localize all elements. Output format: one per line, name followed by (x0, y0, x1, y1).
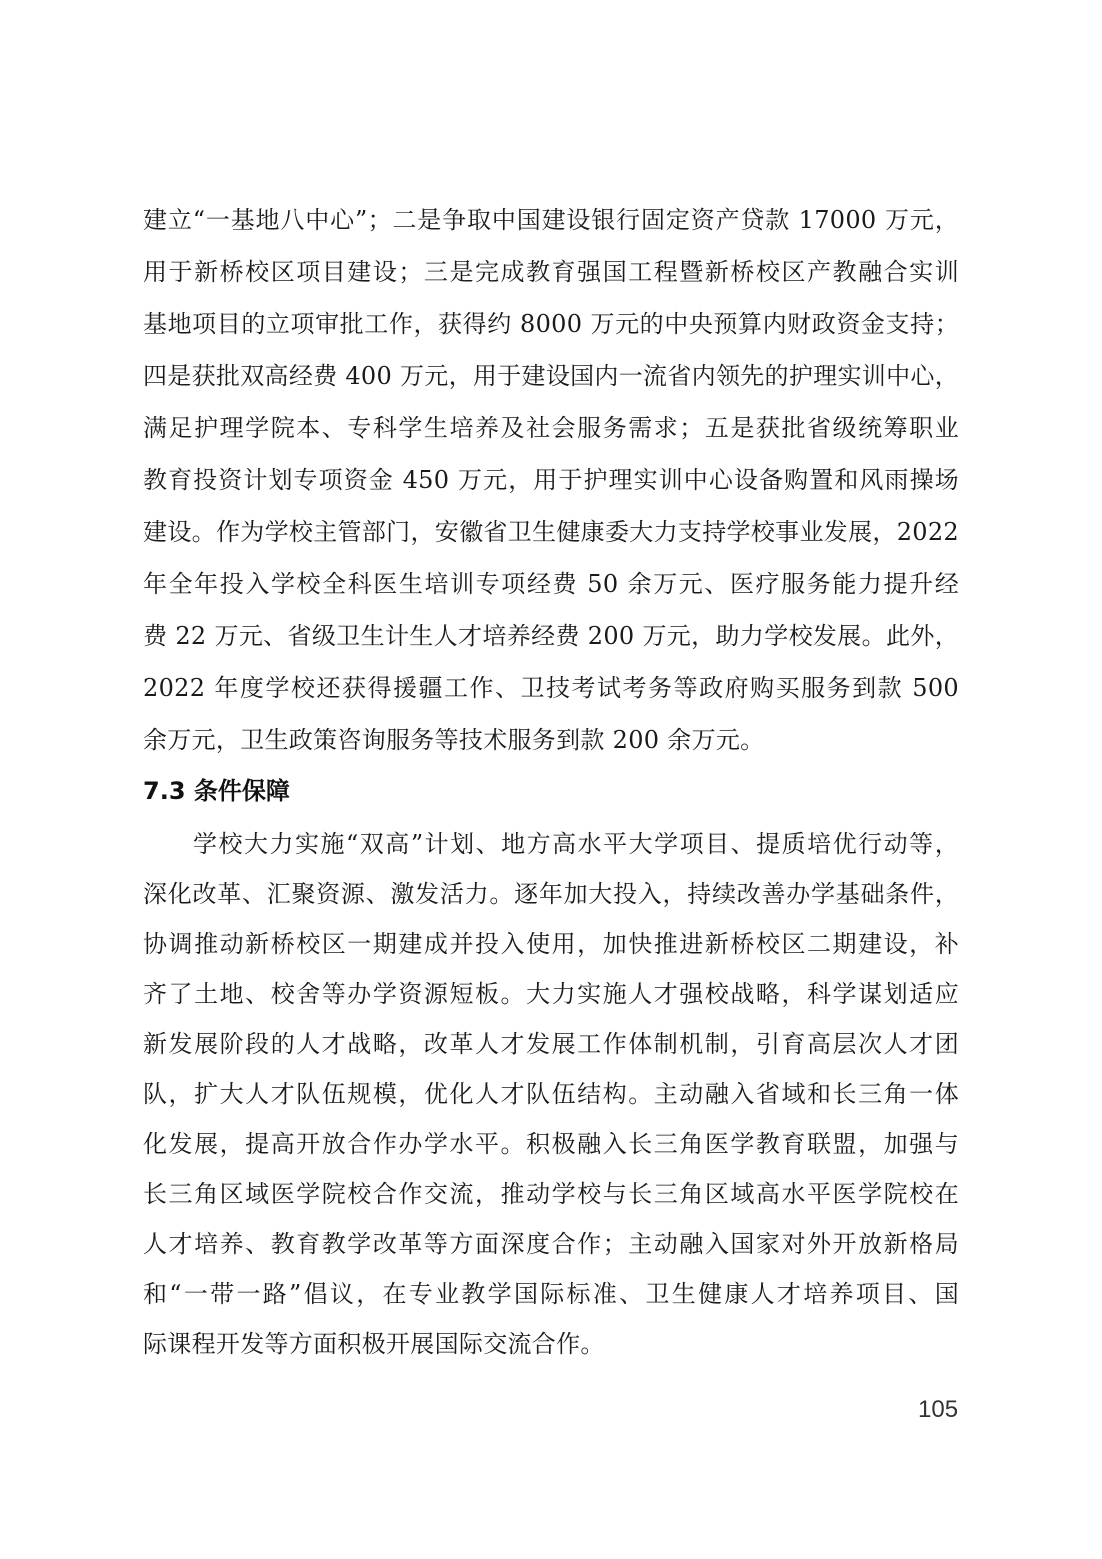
text-line: 2022 年度学校还获得援疆工作、卫技考试考务等政府购买服务到款 500 (143, 673, 959, 703)
text-line: 长三角区域医学院校合作交流，推动学校与长三角区域高水平医学院校在 (143, 1179, 959, 1209)
text-line: 费 22 万元、省级卫生计生人才培养经费 200 万元，助力学校发展。此外， (143, 621, 959, 651)
text-line: 队，扩大人才队伍规模，优化人才队伍结构。主动融入省域和长三角一体 (143, 1079, 959, 1109)
text-line: 用于新桥校区项目建设；三是完成教育强国工程暨新桥校区产教融合实训 (143, 257, 959, 287)
text-line: 四是获批双高经费 400 万元，用于建设国内一流省内领先的护理实训中心， (143, 361, 959, 391)
section-heading: 7.3 条件保障 (143, 776, 290, 806)
text-line: 新发展阶段的人才战略，改革人才发展工作体制机制，引育高层次人才团 (143, 1029, 959, 1059)
text-line: 人才培养、教育教学改革等方面深度合作；主动融入国家对外开放新格局 (143, 1229, 959, 1259)
text-line: 余万元，卫生政策咨询服务等技术服务到款 200 余万元。 (143, 725, 959, 755)
text-line: 满足护理学院本、专科学生培养及社会服务需求；五是获批省级统筹职业 (143, 413, 959, 443)
text-line: 教育投资计划专项资金 450 万元，用于护理实训中心设备购置和风雨操场 (143, 465, 959, 495)
document-page: 建立“一基地八中心”；二是争取中国建设银行固定资产贷款 17000 万元， 用于… (0, 0, 1102, 1559)
text-line: 际课程开发等方面积极开展国际交流合作。 (143, 1329, 959, 1359)
text-line: 化发展，提高开放合作办学水平。积极融入长三角医学教育联盟，加强与 (143, 1129, 959, 1159)
text-line: 年全年投入学校全科医生培训专项经费 50 余万元、医疗服务能力提升经 (143, 569, 959, 599)
text-line: 基地项目的立项审批工作，获得约 8000 万元的中央预算内财政资金支持； (143, 309, 959, 339)
text-line: 建立“一基地八中心”；二是争取中国建设银行固定资产贷款 17000 万元， (143, 205, 959, 235)
text-line: 协调推动新桥校区一期建成并投入使用，加快推进新桥校区二期建设，补 (143, 929, 959, 959)
page-number: 105 (918, 1396, 958, 1424)
text-line: 建设。作为学校主管部门，安徽省卫生健康委大力支持学校事业发展，2022 (143, 517, 959, 547)
text-line: 深化改革、汇聚资源、激发活力。逐年加大投入，持续改善办学基础条件， (143, 879, 959, 909)
text-line: 和“一带一路”倡议，在专业教学国际标准、卫生健康人才培养项目、国 (143, 1279, 959, 1309)
text-line: 齐了土地、校舍等办学资源短板。大力实施人才强校战略，科学谋划适应 (143, 979, 959, 1009)
text-line: 学校大力实施“双高”计划、地方高水平大学项目、提质培优行动等， (193, 829, 959, 859)
